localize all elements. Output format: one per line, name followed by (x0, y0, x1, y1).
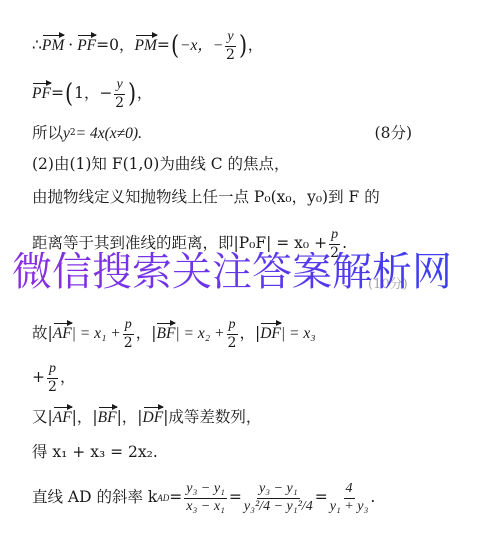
vector-pf: PF (77, 38, 96, 54)
score-label: (8分) (375, 126, 412, 142)
vector-af: AF (53, 326, 72, 342)
text-line-arithmetic-sequence: 又| AF |，| BF |，| DF |成等差数列， (32, 410, 261, 426)
equation-line-pm-dot-pf: ∴ PM · PF =0， PM = ( −x，− y 2 ) ， (32, 30, 263, 62)
watermark-text: 微信搜索关注答案解析网 (12, 252, 452, 292)
vector-bf: BF (156, 326, 175, 342)
fraction-slope-result: 4 y₁ + y₃ (330, 482, 369, 514)
left-paren: ( (171, 33, 179, 59)
dot-product-symbol: · (68, 38, 73, 54)
therefore-symbol: ∴ (32, 38, 42, 54)
fraction-y-over-2: y 2 (225, 30, 235, 62)
neg-x-term: −x，− (180, 38, 223, 54)
fraction-y-over-2: y 2 (114, 78, 124, 110)
equals-sign: = (157, 38, 170, 54)
vector-pm: PM (135, 38, 157, 54)
vector-df: DF (143, 410, 164, 426)
equation-line-pf: PF = ( 1，− y 2 ) ， (32, 78, 152, 110)
vector-pm: PM (42, 38, 64, 54)
fraction-slope-xy: y₃ − y₁ x₃ − x₁ (184, 482, 227, 514)
vector-df: DF (260, 326, 281, 342)
text-line-definition: 由抛物线定义知抛物线上任一点 P₀(x₀，y₀)到 F 的 (32, 190, 380, 206)
equation-line-sum: 得 x₁ + x₃ = 2x₂. (32, 445, 158, 461)
result-line-parabola: 所以 y2 = 4x(x≠0). (8分) (32, 126, 452, 142)
right-paren: ) (128, 81, 136, 107)
equation-line-slope: 直线 AD 的斜率 kAD = y₃ − y₁ x₃ − x₁ = y₃ − y… (32, 482, 375, 514)
left-paren: ( (65, 81, 73, 107)
right-paren: ) (239, 33, 247, 59)
equation-line-focal-distances: 故| AF | = x₁ + p 2 ，| BF | = x₂ + p 2 ，|… (32, 318, 316, 350)
fraction-p-over-2: p 2 (47, 362, 58, 394)
vector-bf: BF (98, 410, 117, 426)
text-line-focus: (2)由(1)知 F(1,0)为曲线 C 的焦点， (32, 157, 290, 173)
equation-line-continuation: + p 2 ， (32, 362, 76, 394)
vector-af: AF (53, 410, 72, 426)
fraction-p-over-2: p 2 (123, 318, 134, 350)
equals-sign: = (51, 86, 64, 102)
fraction-slope-y-squared: y₃ − y₁ y₃²/4 − y₁²/4 (244, 482, 313, 514)
fraction-p-over-2: p 2 (227, 318, 238, 350)
equals-zero: =0， (96, 38, 134, 54)
vector-pf: PF (32, 86, 51, 102)
